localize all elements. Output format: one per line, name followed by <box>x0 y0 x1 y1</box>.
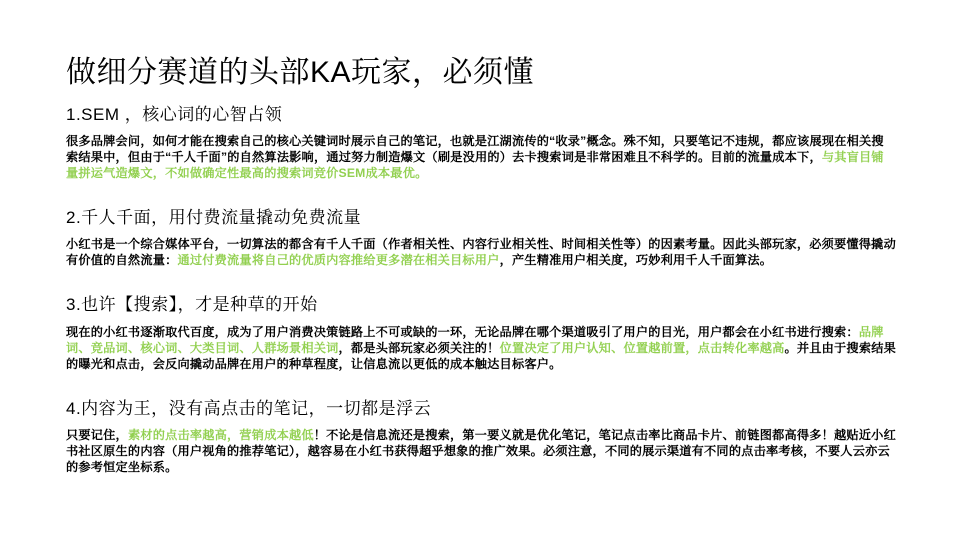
section-heading: 3.也许【搜索】，才是种草的开始 <box>66 295 896 315</box>
presentation-slide: 做细分赛道的头部KA玩家，必须懂 1.SEM ，核心词的心智占领 很多品牌会问，… <box>0 0 960 540</box>
section-heading: 2.千人千面，用付费流量撬动免费流量 <box>66 208 896 228</box>
text-run: 现在的小红书逐渐取代百度，成为了用户消费决策链路上不可或缺的一环，无论品牌在哪个… <box>66 325 859 339</box>
section-body: 小红书是一个综合媒体平台，一切算法的都含有千人千面（作者相关性、内容行业相关性、… <box>66 236 896 268</box>
highlighted-text-run: 位置决定了用户认知、位置越前置，点击转化率越高 <box>500 341 785 355</box>
text-run: ，产生精准用户相关度，巧妙利用千人千面算法。 <box>500 253 773 267</box>
section-body: 很多品牌会问，如何才能在搜索自己的核心关键词时展示自己的笔记，也就是江湖流传的“… <box>66 133 896 181</box>
section-body: 只要记住，素材的点击率越高，营销成本越低！不论是信息流还是搜索，第一要义就是优化… <box>66 427 896 475</box>
slide-section: 4.内容为王，没有高点击的笔记，一切都是浮云 只要记住，素材的点击率越高，营销成… <box>66 399 896 475</box>
section-heading: 4.内容为王，没有高点击的笔记，一切都是浮云 <box>66 399 896 419</box>
section-body: 现在的小红书逐渐取代百度，成为了用户消费决策链路上不可或缺的一环，无论品牌在哪个… <box>66 324 896 372</box>
sections-container: 1.SEM ，核心词的心智占领 很多品牌会问，如何才能在搜索自己的核心关键词时展… <box>66 105 896 476</box>
highlighted-text-run: 素材的点击率越高，营销成本越低 <box>128 428 314 442</box>
slide-title: 做细分赛道的头部KA玩家，必须懂 <box>66 54 896 92</box>
slide-section: 2.千人千面，用付费流量撬动免费流量 小红书是一个综合媒体平台，一切算法的都含有… <box>66 208 896 268</box>
highlighted-text-run: 通过付费流量将自己的优质内容推给更多潜在相关目标用户 <box>178 253 500 267</box>
section-heading: 1.SEM ，核心词的心智占领 <box>66 105 896 125</box>
slide-section: 3.也许【搜索】，才是种草的开始 现在的小红书逐渐取代百度，成为了用户消费决策链… <box>66 295 896 371</box>
text-run: ，都是头部玩家必须关注的！ <box>339 341 500 355</box>
text-run: 只要记住， <box>66 428 128 442</box>
slide-section: 1.SEM ，核心词的心智占领 很多品牌会问，如何才能在搜索自己的核心关键词时展… <box>66 105 896 181</box>
text-run: 很多品牌会问，如何才能在搜索自己的核心关键词时展示自己的笔记，也就是江湖流传的“… <box>66 134 884 164</box>
